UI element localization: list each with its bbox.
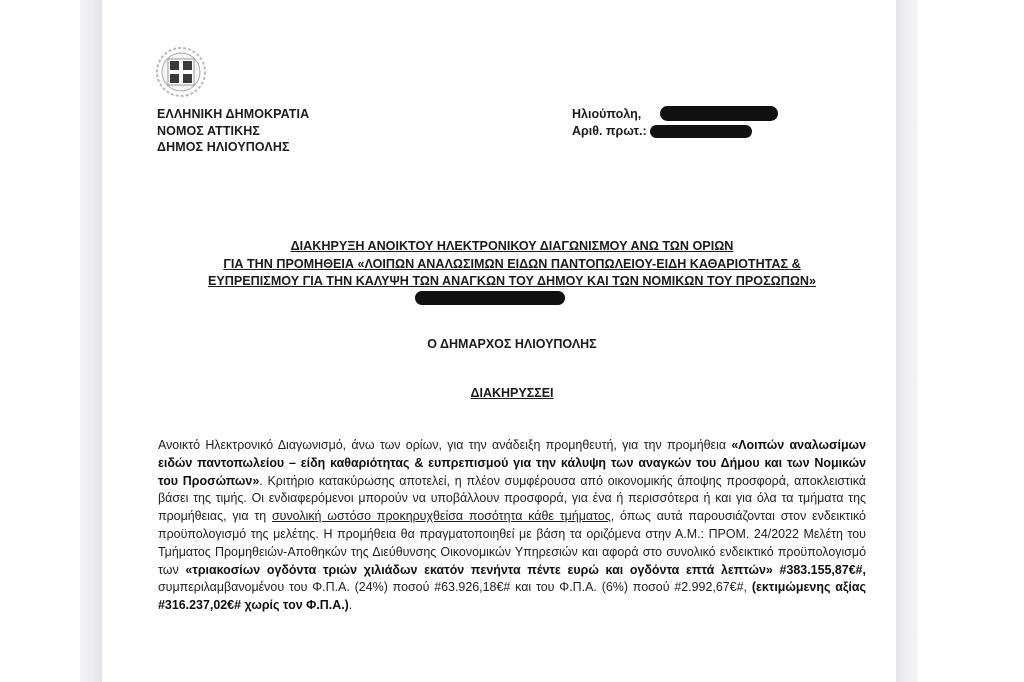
body-text-1: Ανοικτό Ηλεκτρονικό Διαγωνισμό, άνω των … — [158, 438, 731, 452]
body-text-4: συμπεριλαμβανομένου του Φ.Π.Α. (24%) ποσ… — [158, 580, 752, 594]
mayor-heading: Ο ΔΗΜΑΡΧΟΣ ΗΛΙΟΥΠΟΛΗΣ — [0, 337, 1024, 351]
issuer-municipality: ΔΗΜΟΣ ΗΛΙΟΥΠΟΛΗΣ — [157, 139, 309, 156]
issuer-header: ΕΛΛΗΝΙΚΗ ΔΗΜΟΚΡΑΤΙΑ ΝΟΜΟΣ ΑΤΤΙΚΗΣ ΔΗΜΟΣ … — [157, 106, 309, 156]
redaction-date — [660, 106, 778, 121]
issuer-country: ΕΛΛΗΝΙΚΗ ΔΗΜΟΚΡΑΤΙΑ — [157, 106, 309, 123]
declares-heading: ΔΙΑΚΗΡΥΣΣΕΙ — [0, 386, 1024, 400]
document-title: ΔΙΑΚΗΡΥΞΗ ΑΝΟΙΚΤΟΥ ΗΛΕΚΤΡΟΝΙΚΟΥ ΔΙΑΓΩΝΙΣ… — [170, 238, 854, 291]
issuer-prefecture: ΝΟΜΟΣ ΑΤΤΙΚΗΣ — [157, 123, 309, 140]
body-total-budget: «τριακοσίων ογδόντα τριών χιλιάδων εκατό… — [185, 563, 866, 577]
date-protocol-header: Ηλιούπολη, Αριθ. πρωτ.: — [572, 106, 647, 139]
body-paragraph: Ανοικτό Ηλεκτρονικό Διαγωνισμό, άνω των … — [158, 437, 866, 615]
protocol-number-label: Αριθ. πρωτ.: — [572, 123, 647, 140]
title-line-2: ΓΙΑ ΤΗΝ ΠΡΟΜΗΘΕΙΑ «ΛΟΙΠΩΝ ΑΝΑΛΩΣΙΜΩΝ ΕΙΔ… — [170, 256, 854, 274]
body-underlined-quantity: συνολική ωστόσο προκηρυχθείσα ποσότητα κ… — [272, 509, 611, 523]
title-line-3: ΕΥΠΡΕΠΙΣΜΟΥ ΓΙΑ ΤΗΝ ΚΑΛΥΨΗ ΤΩΝ ΑΝΑΓΚΩΝ Τ… — [170, 273, 854, 291]
greek-coat-of-arms-icon — [155, 46, 207, 98]
place-date-label: Ηλιούπολη, — [572, 106, 647, 123]
redaction-protocol — [650, 125, 752, 138]
redaction-title — [415, 291, 565, 305]
title-line-1: ΔΙΑΚΗΡΥΞΗ ΑΝΟΙΚΤΟΥ ΗΛΕΚΤΡΟΝΙΚΟΥ ΔΙΑΓΩΝΙΣ… — [170, 238, 854, 256]
body-text-5: . — [349, 598, 352, 612]
